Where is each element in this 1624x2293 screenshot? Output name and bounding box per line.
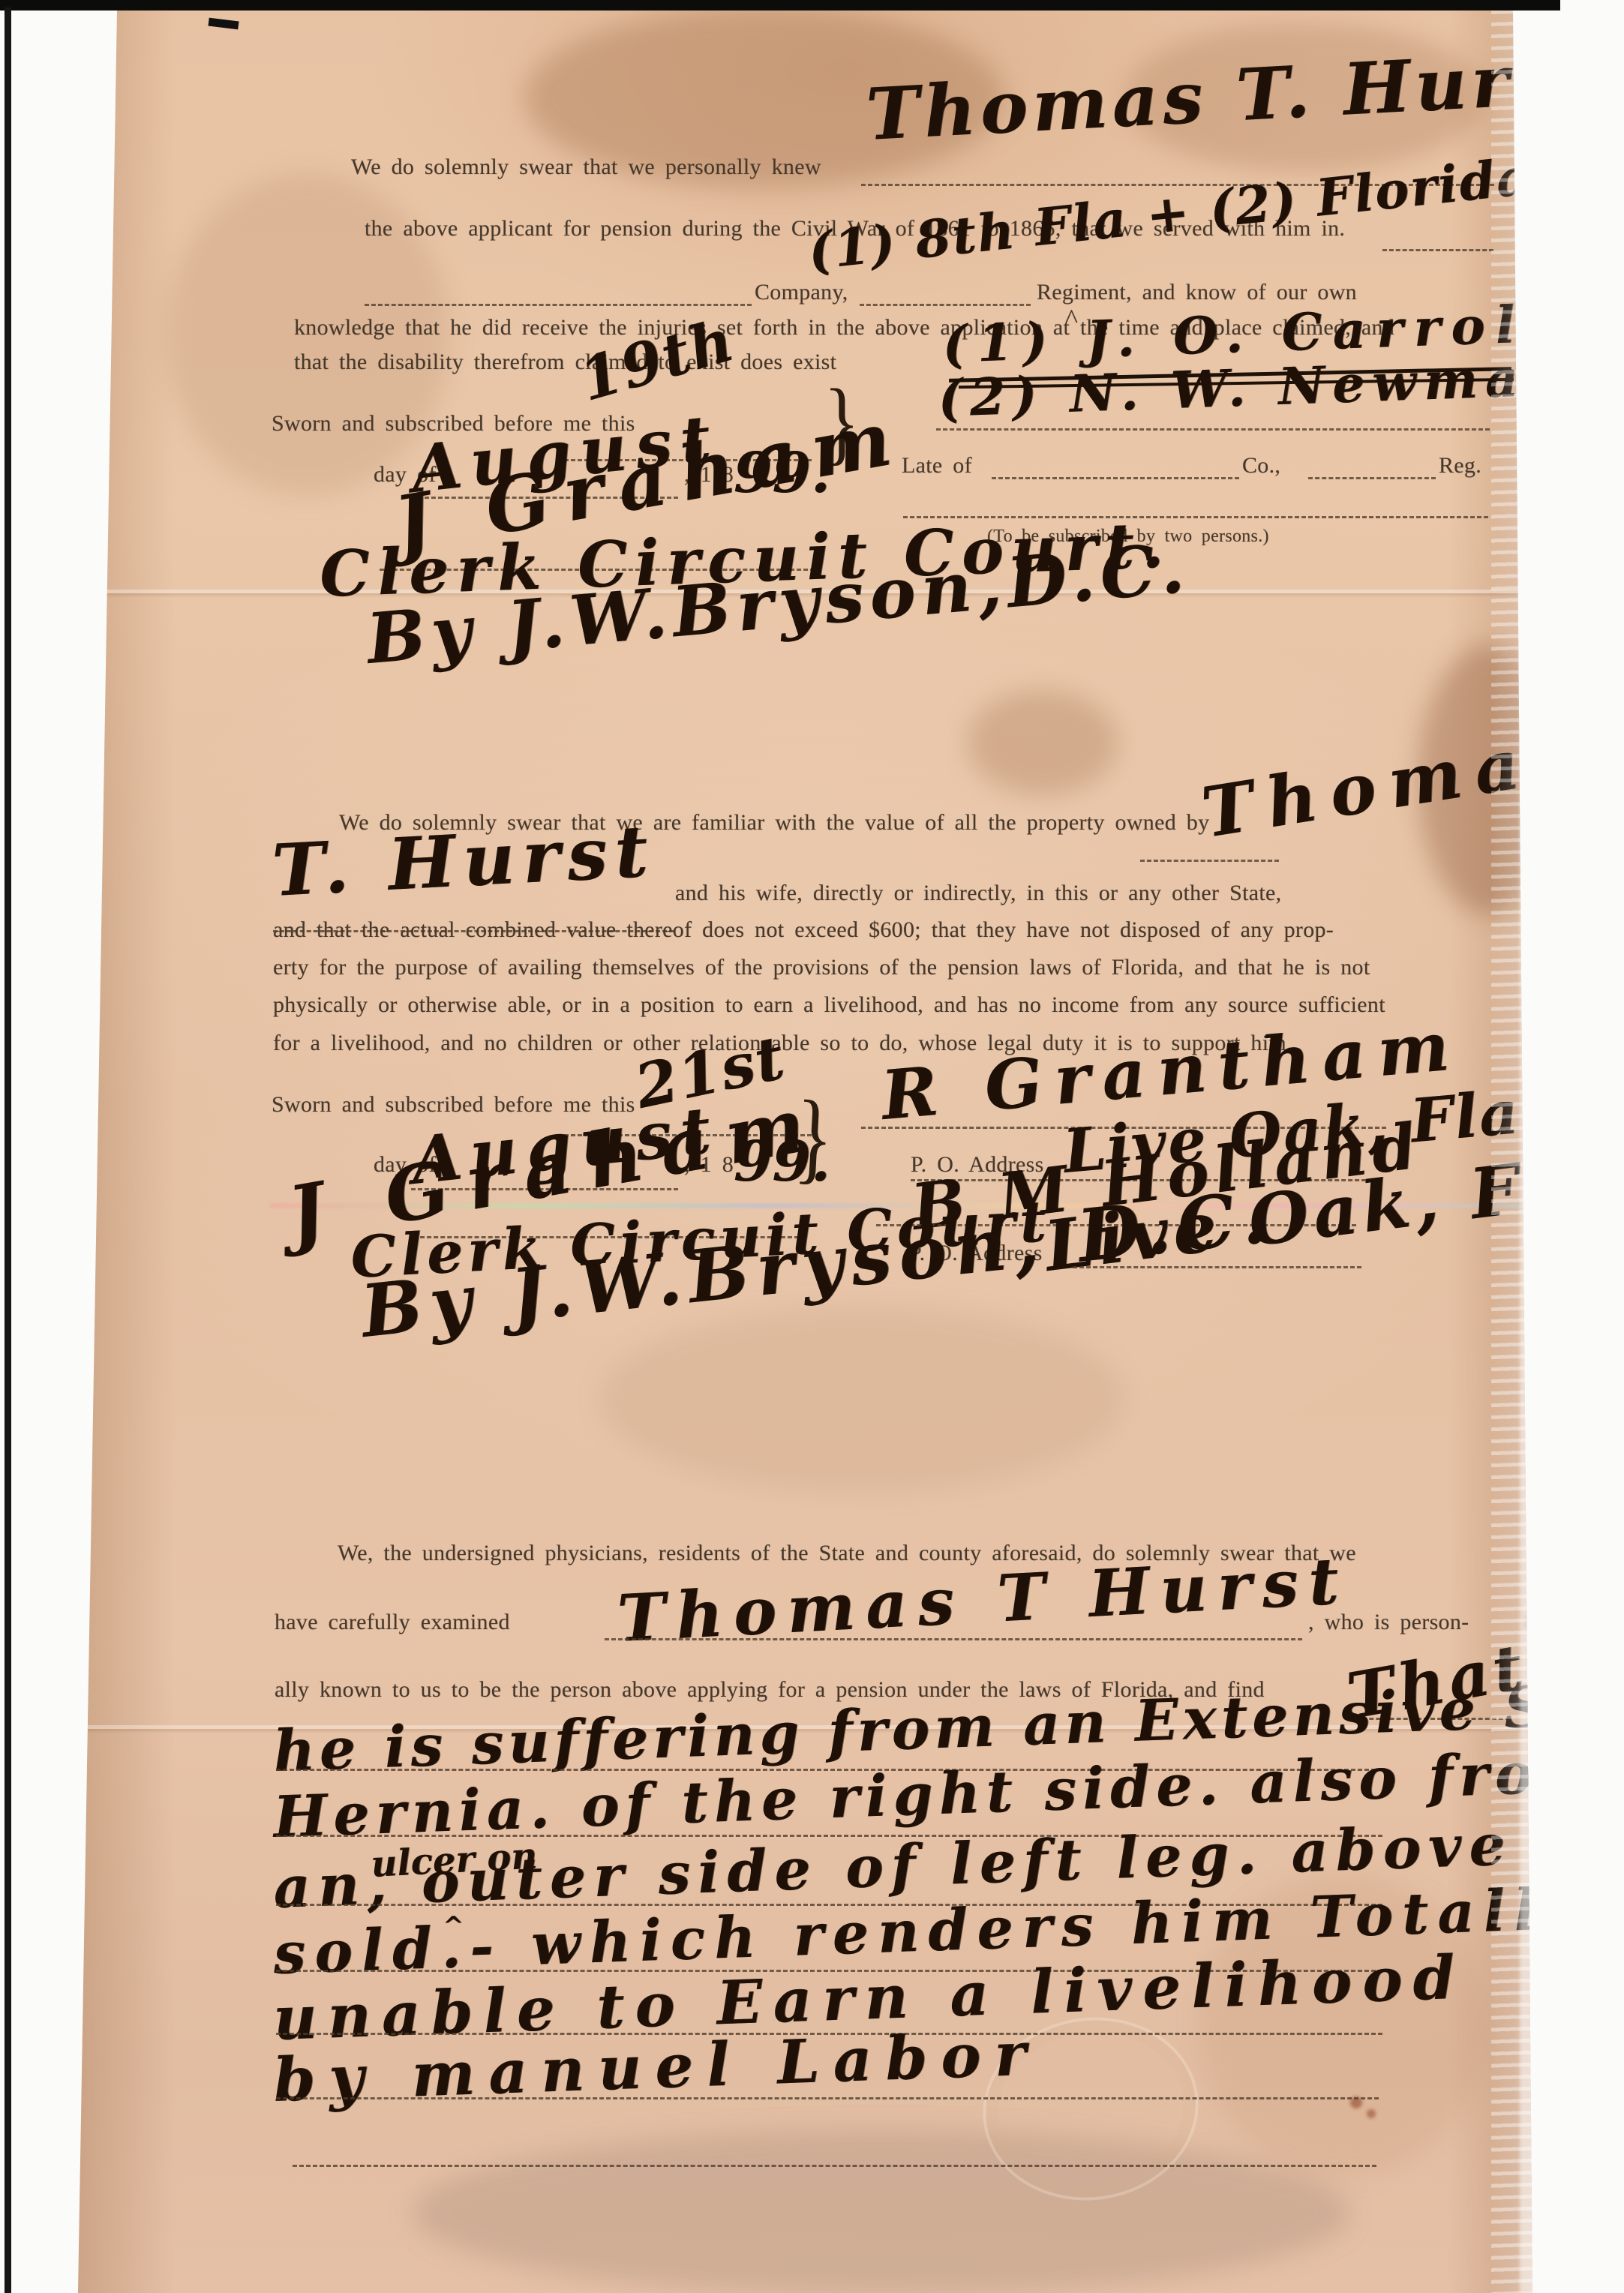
regiment-fill-line <box>860 304 1031 306</box>
ruled-line-6 <box>276 2097 1379 2099</box>
physicians-p2b: , who is person- <box>1308 1610 1469 1635</box>
reg-label: Reg. <box>1439 453 1481 479</box>
physicians-p2a: have carefully examined <box>275 1610 510 1635</box>
stain-bottom <box>413 2130 1350 2293</box>
stain-dot-1 <box>1524 1613 1544 1632</box>
owner-fill-1 <box>1140 860 1279 862</box>
witness2-fill-line <box>936 428 1490 431</box>
property-p3: and that the actual combined value there… <box>273 917 1334 943</box>
owner-rest-hand: T. Hurst <box>270 809 657 913</box>
paper-sheet: We do solemnly swear that we personally … <box>0 0 1624 2293</box>
co-fill <box>1308 477 1436 479</box>
served-fill-line <box>1382 249 1493 251</box>
stain-middle <box>600 1305 1125 1493</box>
paper-left-edge-shade <box>78 11 176 2293</box>
late-of-fill <box>992 477 1239 479</box>
property-p4: erty for the purpose of availing themsel… <box>273 955 1370 980</box>
stain-dot-4 <box>1367 2109 1376 2118</box>
plastic-sleeve-highlight <box>1520 11 1541 2293</box>
owner-first-hand: Thomas <box>1196 713 1589 854</box>
late-of-label: Late of <box>902 453 972 479</box>
oath1-line1: We do solemnly swear that we personally … <box>351 155 821 180</box>
ruled-line-7 <box>293 2165 1376 2167</box>
regiment-label: Regiment, and know of our own <box>1037 280 1357 305</box>
scanned-pension-affidavit: We do solemnly swear that we personally … <box>0 0 1624 2293</box>
stain-dot-2 <box>1529 1718 1542 1740</box>
co-label: Co., <box>1242 453 1280 479</box>
stain-center-right <box>968 690 1118 795</box>
scanner-left-line <box>5 8 11 2293</box>
company-fill-line <box>365 304 752 306</box>
examined-fill-line <box>605 1638 1302 1640</box>
scanner-top-band <box>0 0 1560 11</box>
company-label: Company, <box>755 280 848 305</box>
property-p2: and his wife, directly or indirectly, in… <box>675 881 1281 906</box>
oath1-line5: that the disability therefrom claimed to… <box>294 350 836 375</box>
property-p5: physically or otherwise able, or in a po… <box>273 992 1385 1018</box>
